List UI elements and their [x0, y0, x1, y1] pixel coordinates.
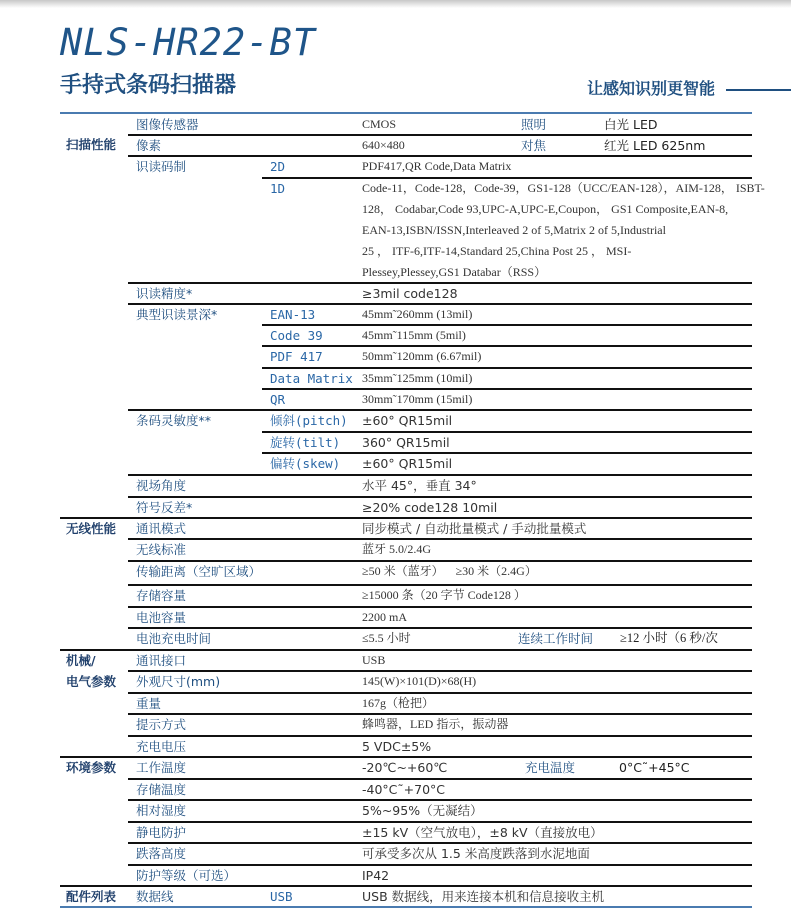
spec-value: 35mm˜125mm (10mil) [362, 368, 472, 389]
symbology-line: 128， Codabar,Code 93,UPC-A,UPC-E,Coupon，… [362, 199, 754, 220]
spec-value: -20℃~+60℃ [362, 757, 447, 778]
spec-label: 条码灵敏度** [136, 410, 211, 431]
spec-extra-value: ≥12 小时（6 秒/次 [620, 628, 718, 649]
spec-sub-label: 1D [270, 178, 285, 199]
spec-extra-value: 红光 LED 625nm [604, 135, 705, 156]
spec-value: IP42 [362, 865, 389, 886]
spec-value: 蓝牙 5.0/2.4G [362, 539, 431, 560]
spec-extra-label: 照明 [521, 114, 546, 135]
spec-sub-label: QR [270, 389, 285, 410]
spec-value: USB [362, 650, 385, 671]
spec-label: 相对湿度 [136, 800, 186, 821]
spec-value: ±60° QR15mil [362, 453, 452, 474]
spec-value: 5 VDC±5% [362, 736, 431, 757]
tagline: 让感知识别更智能 [587, 78, 715, 100]
spec-value: ≥3mil code128 [362, 283, 458, 304]
spec-value: 50mm˜120mm (6.67mil) [362, 346, 481, 367]
group-label: 配件列表 [66, 886, 116, 907]
spec-label: 符号反差* [136, 497, 192, 518]
spec-value: 可承受多次从 1.5 米高度跌落到水泥地面 [362, 843, 590, 864]
spec-value: -40°C˜+70°C [362, 779, 445, 800]
tagline-rule [726, 89, 791, 91]
spec-label: 充电电压 [136, 736, 186, 757]
spec-label: 传输距离（空旷区域） [136, 561, 261, 582]
row-divider [262, 388, 752, 390]
spec-value: CMOS [362, 114, 396, 135]
spec-value: 45mm˜115mm (5mil) [362, 325, 466, 346]
spec-value: 蜂鸣器，LED 指示，振动器 [362, 714, 508, 735]
page-top-shadow [0, 0, 791, 8]
spec-value: ±60° QR15mil [362, 410, 452, 431]
spec-extra-label: 连续工作时间 [518, 628, 593, 649]
spec-label: 防护等级（可选） [136, 865, 236, 886]
row-divider [128, 735, 752, 737]
spec-label: 图像传感器 [136, 114, 199, 135]
spec-sub-label: EAN-13 [270, 304, 315, 325]
group-label: 电气参数 [66, 671, 116, 692]
symbology-line: 25 ， ITF-6,ITF-14,Standard 25,China Post… [362, 241, 754, 262]
spec-value: ≥15000 条（20 字节 Code128 ） [362, 585, 526, 606]
spec-value: USB 数据线，用来连接本机和信息接收主机 [362, 886, 604, 907]
spec-label: 跌落高度 [136, 843, 186, 864]
spec-sub-label: 倾斜(pitch) [270, 410, 348, 431]
spec-label: 通讯模式 [136, 518, 186, 539]
spec-extra-value: 白光 LED [604, 114, 657, 135]
symbology-line: EAN-13,ISBN/ISSN,Interleaved 2 of 5,Matr… [362, 220, 754, 241]
spec-label: 重量 [136, 693, 161, 714]
spec-value: ±15 kV（空气放电），±8 kV（直接放电） [362, 822, 603, 843]
symbology-line: Code-11，Code-128，Code-39，GS1-128（UCC/EAN… [362, 178, 754, 199]
spec-label: 像素 [136, 135, 161, 156]
product-type-title: 手持式条码扫描器 [60, 72, 236, 100]
group-label: 机械/ [66, 650, 96, 671]
row-divider [128, 606, 752, 608]
spec-sub-label: 偏转(skew) [270, 453, 340, 474]
group-label: 环境参数 [66, 757, 116, 778]
spec-label: 电池充电时间 [136, 628, 211, 649]
spec-value: ≤5.5 小时 [362, 628, 411, 649]
group-label: 无线性能 [66, 518, 116, 539]
spec-value: ≥20% code128 10mil [362, 497, 497, 518]
symbology-1d-list: Code-11，Code-128，Code-39，GS1-128（UCC/EAN… [362, 178, 754, 283]
spec-label: 无线标准 [136, 539, 186, 560]
spec-value: 145(W)×101(D)×68(H) [362, 671, 476, 692]
spec-sub-label: 旋转(tilt) [270, 432, 340, 453]
spec-value: 2200 mA [362, 607, 407, 628]
spec-value: 45mm˜260mm (13mil) [362, 304, 472, 325]
spec-label: 提示方式 [136, 714, 186, 735]
spec-sub-label: PDF 417 [270, 346, 323, 367]
spec-label: 视场角度 [136, 475, 186, 496]
spec-sub-label: Data Matrix [270, 368, 353, 389]
spec-label: 识读精度* [136, 283, 192, 304]
table-bottom-rule [60, 906, 752, 908]
spec-sub-label: USB [270, 886, 293, 907]
model-title: NLS-HR22-BT [60, 22, 316, 64]
spec-label: 通讯接口 [136, 650, 186, 671]
spec-extra-value: 0°C˜+45°C [619, 757, 690, 778]
spec-label: 静电防护 [136, 822, 186, 843]
spec-label: 工作温度 [136, 757, 186, 778]
row-divider [262, 324, 752, 326]
row-divider [128, 692, 752, 694]
spec-label: 外观尺寸(mm) [136, 671, 220, 692]
spec-label: 数据线 [136, 886, 174, 907]
spec-value: 360° QR15mil [362, 432, 450, 453]
spec-value: PDF417,QR Code,Data Matrix [362, 156, 511, 177]
spec-value: 水平 45°，垂直 34° [362, 475, 477, 496]
row-divider [128, 538, 752, 540]
row-divider [262, 345, 752, 347]
spec-sub-label: Code 39 [270, 325, 323, 346]
spec-value: ≥50 米（蓝牙） ≥30 米（2.4G） [362, 561, 537, 582]
symbology-line: Plessey,Plessey,GS1 Databar（RSS） [362, 262, 754, 283]
spec-label: 典型识读景深* [136, 304, 217, 325]
spec-value: 640×480 [362, 135, 405, 156]
spec-extra-label: 充电温度 [525, 757, 575, 778]
spec-extra-label: 对焦 [521, 135, 546, 156]
spec-value: 同步模式 / 自动批量模式 / 手动批量模式 [362, 518, 586, 539]
spec-label: 存储温度 [136, 779, 186, 800]
spec-sub-label: 2D [270, 156, 285, 177]
spec-value: 167g（枪把） [362, 693, 434, 714]
spec-label: 存储容量 [136, 585, 186, 606]
spec-value: 5%~95%（无凝结） [362, 800, 483, 821]
group-label: 扫描性能 [66, 134, 116, 155]
spec-value: 30mm˜170mm (15mil) [362, 389, 472, 410]
spec-label: 电池容量 [136, 607, 186, 628]
spec-label: 识读码制 [136, 156, 186, 177]
